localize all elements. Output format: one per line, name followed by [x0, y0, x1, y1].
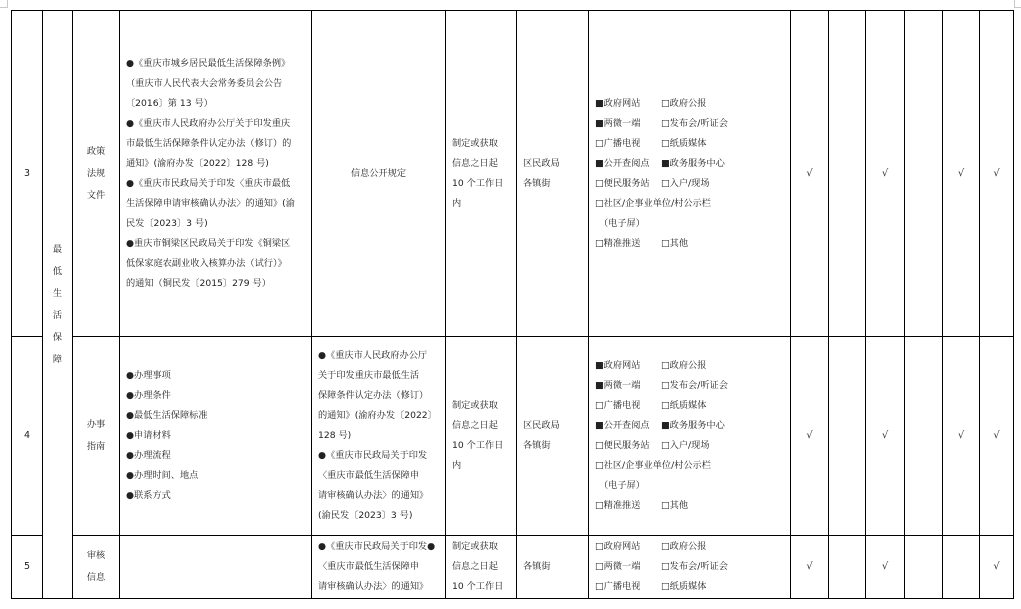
channel-option: □政府网站 [595, 537, 661, 557]
basis-line: 信息公开规定 [312, 164, 445, 184]
content-line: 通知》(渝府办发〔2022〕128 号) [126, 154, 307, 174]
channel-option: □入户/现场 [661, 174, 710, 194]
channel-option: □社区/企事业单位/村公示栏 [595, 456, 786, 476]
content-line: ●《重庆市民政局关于印发〈重庆市最低 [126, 174, 307, 194]
category-char: 生 [43, 283, 72, 305]
channel-option: □便民服务站 [595, 174, 661, 194]
row-index: 4 [12, 337, 43, 536]
page-corner-mark-left [0, 0, 8, 8]
content-line: ●办理条件 [126, 386, 307, 406]
basis-line: 请审核确认办法〉的通知》 [318, 486, 441, 506]
basis-cell: ●《重庆市人民政府办公厅 关于印发重庆市最低生活 保障条件认定办法（修订） 的通… [312, 337, 446, 536]
channel-option: □其他 [661, 234, 688, 254]
time-line: 10 个工作日 [452, 174, 512, 194]
basis-line: 〈重庆市最低生活保障申 [318, 466, 441, 486]
subject-line: 审核 [73, 545, 119, 567]
time-line: 制定或获取 [452, 396, 512, 416]
time-line: 信息之日起 [452, 557, 512, 577]
channel-option: □便民服务站 [595, 436, 661, 456]
channel-option: □政府公报 [661, 537, 706, 557]
channel-option: □其他 [661, 496, 688, 516]
disclosure-table: 3 最 低 生 活 保 障 政策 法规 文件 ●《重庆市城乡居民最低生活保障条例… [11, 10, 1014, 599]
check-mark: √ [980, 337, 1014, 536]
content-line: 民发〔2023〕3 号) [126, 214, 307, 234]
channel-option: □社区/企事业单位/村公示栏 [595, 194, 786, 214]
content-line: 市最低生活保障条件认定办法（修订）的 [126, 134, 307, 154]
check-mark [905, 11, 943, 337]
basis-line: (渝民发〔2023〕3 号) [318, 506, 441, 526]
check-mark [829, 11, 866, 337]
subject-line: 办事 [73, 414, 119, 436]
category-char: 障 [43, 349, 72, 371]
content-line: ●办理时间、地点 [126, 466, 307, 486]
time-line: 制定或获取 [452, 134, 512, 154]
channel-option: ■政务服务中心 [661, 416, 725, 436]
content-line: 的通知（铜民发〔2015〕279 号） [126, 274, 307, 294]
check-mark [829, 337, 866, 536]
category-cell: 最 低 生 活 保 障 [43, 11, 73, 599]
basis-line: ●《重庆市民政局关于印发● [318, 537, 441, 557]
content-cell [120, 536, 312, 599]
channel-option: ■公开查阅点 [595, 416, 661, 436]
page-corner-mark-right [1014, 0, 1021, 8]
content-line: 〔2016〕第 13 号） [126, 94, 307, 114]
check-mark [943, 536, 980, 599]
time-line: 信息之日起 [452, 154, 512, 174]
row-index: 5 [12, 536, 43, 599]
time-line: 制定或获取 [452, 537, 512, 557]
check-mark: √ [866, 536, 905, 599]
check-mark [829, 536, 866, 599]
channels-cell: ■政府网站□政府公报 ■两微一端□发布会/听证会 □广播电视□纸质媒体 ■公开查… [589, 11, 791, 337]
subject-cell: 政策 法规 文件 [73, 11, 120, 337]
channel-option: ■政府网站 [595, 94, 661, 114]
basis-line: ●《重庆市民政局关于印发 [318, 446, 441, 466]
responsible-body-cell: 区民政局 各镇街 [517, 11, 589, 337]
table-row: 5 审核 信息 ●《重庆市民政局关于印发● 〈重庆市最低生活保障申 请审核确认办… [12, 536, 1014, 599]
content-line: ●办理事项 [126, 366, 307, 386]
subject-line: 政策 [73, 141, 119, 163]
time-line: 10 个工作日 [452, 436, 512, 456]
content-line: （重庆市人民代表大会常务委员会公告 [126, 74, 307, 94]
check-mark [905, 536, 943, 599]
channel-option: □广播电视 [595, 577, 661, 597]
check-mark [905, 337, 943, 536]
basis-line: 〈重庆市最低生活保障申 [318, 557, 441, 577]
row-index: 3 [12, 11, 43, 337]
channel-option: ■两微一端 [595, 376, 661, 396]
channel-option: □纸质媒体 [661, 134, 706, 154]
channel-option: □两微一端 [595, 557, 661, 577]
check-mark: √ [791, 536, 829, 599]
body-line: 区民政局 [523, 416, 584, 436]
channel-option: □政府公报 [661, 94, 706, 114]
check-mark: √ [791, 11, 829, 337]
check-mark: √ [791, 337, 829, 536]
channel-option: □发布会/听证会 [661, 557, 728, 577]
time-line: 内 [452, 456, 512, 476]
basis-line: 请审核确认办法〉的通知》 [318, 577, 441, 597]
channel-option: □纸质媒体 [661, 396, 706, 416]
content-line: ●重庆市铜梁区民政局关于印发《铜梁区 [126, 234, 307, 254]
table-row: 3 最 低 生 活 保 障 政策 法规 文件 ●《重庆市城乡居民最低生活保障条例… [12, 11, 1014, 337]
channel-option: □广播电视 [595, 396, 661, 416]
check-mark: √ [866, 337, 905, 536]
time-limit-cell: 制定或获取 信息之日起 10 个工作日 内 [446, 337, 517, 536]
channel-option: □广播电视 [595, 134, 661, 154]
content-line: ●联系方式 [126, 486, 307, 506]
body-line: 区民政局 [523, 154, 584, 174]
channel-option: □精准推送 [595, 496, 661, 516]
category-char: 最 [43, 239, 72, 261]
basis-cell: 信息公开规定 [312, 11, 446, 337]
check-mark: √ [866, 11, 905, 337]
content-line: ●办理流程 [126, 446, 307, 466]
channel-option: □纸质媒体 [661, 577, 706, 597]
subject-line: 文件 [73, 185, 119, 207]
subject-line: 法规 [73, 163, 119, 185]
subject-line: 指南 [73, 436, 119, 458]
content-line: ●申请材料 [126, 426, 307, 446]
channel-option: ■政府网站 [595, 356, 661, 376]
responsible-body-cell: 各镇街 [517, 536, 589, 599]
channel-option: □精准推送 [595, 234, 661, 254]
channel-option: □入户/现场 [661, 436, 710, 456]
category-char: 保 [43, 327, 72, 349]
content-line: ●最低生活保障标准 [126, 406, 307, 426]
time-limit-cell: 制定或获取 信息之日起 10 个工作日 [446, 536, 517, 599]
basis-cell: ●《重庆市民政局关于印发● 〈重庆市最低生活保障申 请审核确认办法〉的通知》 [312, 536, 446, 599]
channel-option: □政府公报 [661, 356, 706, 376]
table-row: 4 办事 指南 ●办理事项 ●办理条件 ●最低生活保障标准 ●申请材料 ●办理流… [12, 337, 1014, 536]
channels-cell: ■政府网站□政府公报 ■两微一端□发布会/听证会 □广播电视□纸质媒体 ■公开查… [589, 337, 791, 536]
channel-option-cont: （电子屏） [595, 476, 786, 496]
body-line: 各镇街 [523, 436, 584, 456]
check-mark: √ [980, 536, 1014, 599]
time-line: 内 [452, 194, 512, 214]
channel-option-cont: （电子屏） [595, 214, 786, 234]
body-line: 各镇街 [523, 174, 584, 194]
content-line: ●《重庆市城乡居民最低生活保障条例》 [126, 54, 307, 74]
category-char: 低 [43, 261, 72, 283]
channel-option: ■两微一端 [595, 114, 661, 134]
time-line: 信息之日起 [452, 416, 512, 436]
channel-option: ■公开查阅点 [595, 154, 661, 174]
time-line: 10 个工作日 [452, 577, 512, 597]
check-mark: √ [943, 11, 980, 337]
content-line: 生活保障申请审核确认办法〉的通知》(渝 [126, 194, 307, 214]
basis-line: ●《重庆市人民政府办公厅 [318, 346, 441, 366]
channels-cell: □政府网站□政府公报 □两微一端□发布会/听证会 □广播电视□纸质媒体 [589, 536, 791, 599]
basis-line: 128 号) [318, 426, 441, 446]
body-line: 各镇街 [523, 557, 584, 577]
time-limit-cell: 制定或获取 信息之日起 10 个工作日 内 [446, 11, 517, 337]
basis-line: 的通知》(渝府办发〔2022〕 [318, 406, 441, 426]
subject-line: 信息 [73, 567, 119, 589]
subject-cell: 审核 信息 [73, 536, 120, 599]
content-line: ●《重庆市人民政府办公厅关于印发重庆 [126, 114, 307, 134]
channel-option: □发布会/听证会 [661, 376, 728, 396]
basis-line: 关于印发重庆市最低生活 [318, 366, 441, 386]
subject-cell: 办事 指南 [73, 337, 120, 536]
content-line: 低保家庭农副业收入核算办法（试行）》 [126, 254, 307, 274]
basis-line: 保障条件认定办法（修订） [318, 386, 441, 406]
channel-option: □发布会/听证会 [661, 114, 728, 134]
check-mark: √ [980, 11, 1014, 337]
channel-option: ■政务服务中心 [661, 154, 725, 174]
category-char: 活 [43, 305, 72, 327]
content-cell: ●《重庆市城乡居民最低生活保障条例》 （重庆市人民代表大会常务委员会公告 〔20… [120, 11, 312, 337]
content-cell: ●办理事项 ●办理条件 ●最低生活保障标准 ●申请材料 ●办理流程 ●办理时间、… [120, 337, 312, 536]
check-mark: √ [943, 337, 980, 536]
responsible-body-cell: 区民政局 各镇街 [517, 337, 589, 536]
